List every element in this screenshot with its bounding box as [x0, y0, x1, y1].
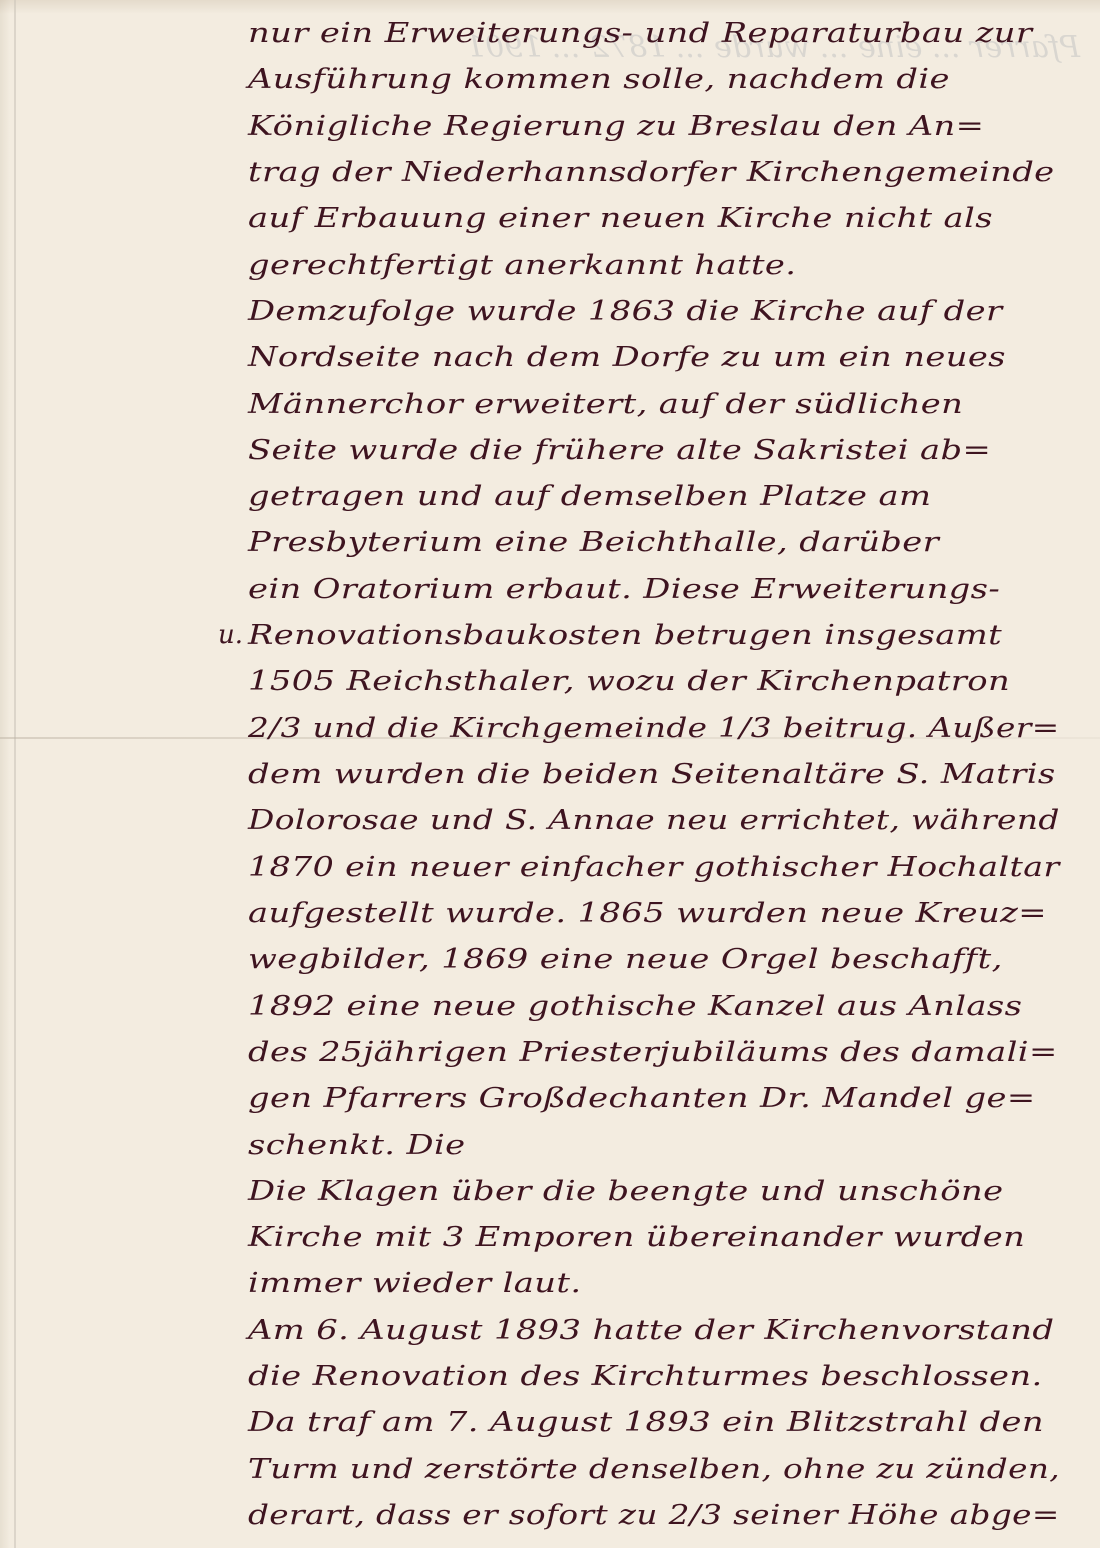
manuscript-page: Pfarrer ... eine ... wurde ... 1872 ... … [0, 0, 1100, 1548]
text-line: Presbyterium eine Beichthalle, darüber [248, 527, 939, 558]
text-line: 1505 Reichsthaler, wozu der Kirchenpatro… [248, 666, 1010, 697]
text-line: Am 6. August 1893 hatte der Kirchenvorst… [248, 1315, 1054, 1346]
text-line: 1892 eine neue gothische Kanzel aus Anla… [248, 991, 1022, 1022]
text-line: Königliche Regierung zu Breslau den An= [248, 111, 984, 142]
text-line: Die Klagen über die beengte und unschöne [248, 1176, 1003, 1207]
text-line: gen Pfarrers Großdechanten Dr. Mandel ge… [248, 1083, 1036, 1114]
text-line: trag der Niederhannsdorfer Kirchengemein… [248, 157, 1055, 188]
text-line: Ausführung kommen solle, nachdem die [248, 64, 950, 95]
text-line: dem wurden die beiden Seitenaltäre S. Ma… [248, 759, 1056, 790]
text-line: gerechtfertigt anerkannt hatte. [248, 250, 796, 281]
text-line: auf Erbauung einer neuen Kirche nicht al… [248, 203, 993, 234]
text-line: Da traf am 7. August 1893 ein Blitzstrah… [248, 1407, 1044, 1438]
text-line: getragen und auf demselben Platze am [248, 481, 931, 512]
text-line: nur ein Erweiterungs- und Reparaturbau z… [248, 18, 1032, 49]
text-line: Dolorosae und S. Annae neu errichtet, wä… [248, 805, 1060, 836]
text-line: Seite wurde die frühere alte Sakristei a… [248, 435, 991, 466]
text-line: Kirche mit 3 Emporen übereinander wurden [248, 1222, 1025, 1253]
text-line: Nordseite nach dem Dorfe zu um ein neues [248, 342, 1006, 373]
text-line: 1870 ein neuer einfacher gothischer Hoch… [248, 852, 1060, 883]
text-line: immer wieder laut. [248, 1268, 581, 1299]
handwritten-text-block: u. nur ein Erweiterungs- und Reparaturba… [0, 0, 1100, 1548]
text-line: wegbilder, 1869 eine neue Orgel beschaff… [248, 944, 1003, 975]
text-line: Renovationsbaukosten betrugen insgesamt [248, 620, 1002, 651]
text-line: schenkt. Die [248, 1130, 465, 1161]
text-line: die Renovation des Kirchturmes beschloss… [248, 1361, 1043, 1392]
margin-note: u. [218, 620, 243, 650]
text-line: ein Oratorium erbaut. Diese Erweiterungs… [248, 574, 1000, 605]
text-line: aufgestellt wurde. 1865 wurden neue Kreu… [248, 898, 1047, 929]
text-line: 2/3 und die Kirchgemeinde 1/3 beitrug. A… [248, 713, 1060, 744]
text-line: derart, dass er sofort zu 2/3 seiner Höh… [248, 1500, 1060, 1531]
text-line: Turm und zerstörte denselben, ohne zu zü… [248, 1454, 1060, 1485]
text-line: Demzufolge wurde 1863 die Kirche auf der [248, 296, 1003, 327]
text-line: Männerchor erweitert, auf der südlichen [248, 389, 963, 420]
text-line: des 25jährigen Priesterjubiläums des dam… [248, 1037, 1058, 1068]
